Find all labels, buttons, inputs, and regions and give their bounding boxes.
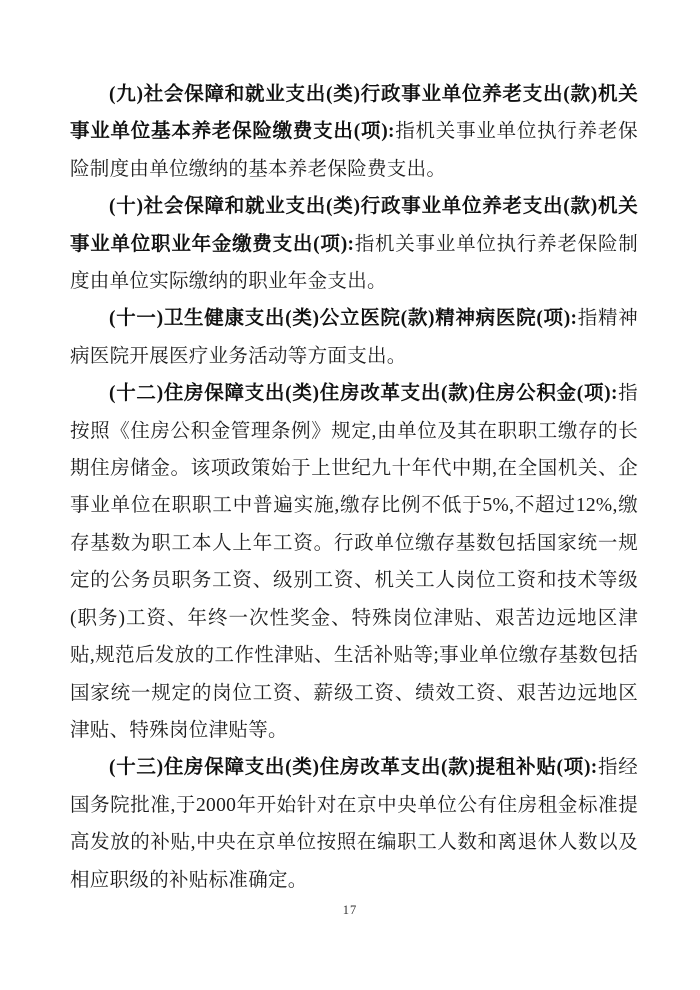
paragraph-body: 指按照《住房公积金管理条例》规定,由单位及其在职职工缴存的长期住房储金。该项政策… [70,383,638,741]
paragraph-head: (十二)住房保障支出(类)住房改革支出(款)住房公积金(项): [109,383,618,404]
paragraph: (十三)住房保障支出(类)住房改革支出(款)提租补贴(项):指经国务院批准,于2… [70,749,638,899]
paragraph-head: (十一)卫生健康支出(类)公立医院(款)精神病医院(项): [109,308,577,329]
paragraph: (九)社会保障和就业支出(类)行政事业单位养老支出(款)机关事业单位基本养老保险… [70,76,638,188]
paragraph: (十二)住房保障支出(类)住房改革支出(款)住房公积金(项):指按照《住房公积金… [70,375,638,749]
document-body: (九)社会保障和就业支出(类)行政事业单位养老支出(款)机关事业单位基本养老保险… [70,76,638,899]
paragraph: (十一)卫生健康支出(类)公立医院(款)精神病医院(项):指精神病医院开展医疗业… [70,300,638,375]
page-number: 17 [0,903,700,918]
document-page: (九)社会保障和就业支出(类)行政事业单位养老支出(款)机关事业单位基本养老保险… [0,0,700,990]
paragraph-head: (十三)住房保障支出(类)住房改革支出(款)提租补贴(项): [109,757,598,778]
paragraph: (十)社会保障和就业支出(类)行政事业单位养老支出(款)机关事业单位职业年金缴费… [70,188,638,300]
